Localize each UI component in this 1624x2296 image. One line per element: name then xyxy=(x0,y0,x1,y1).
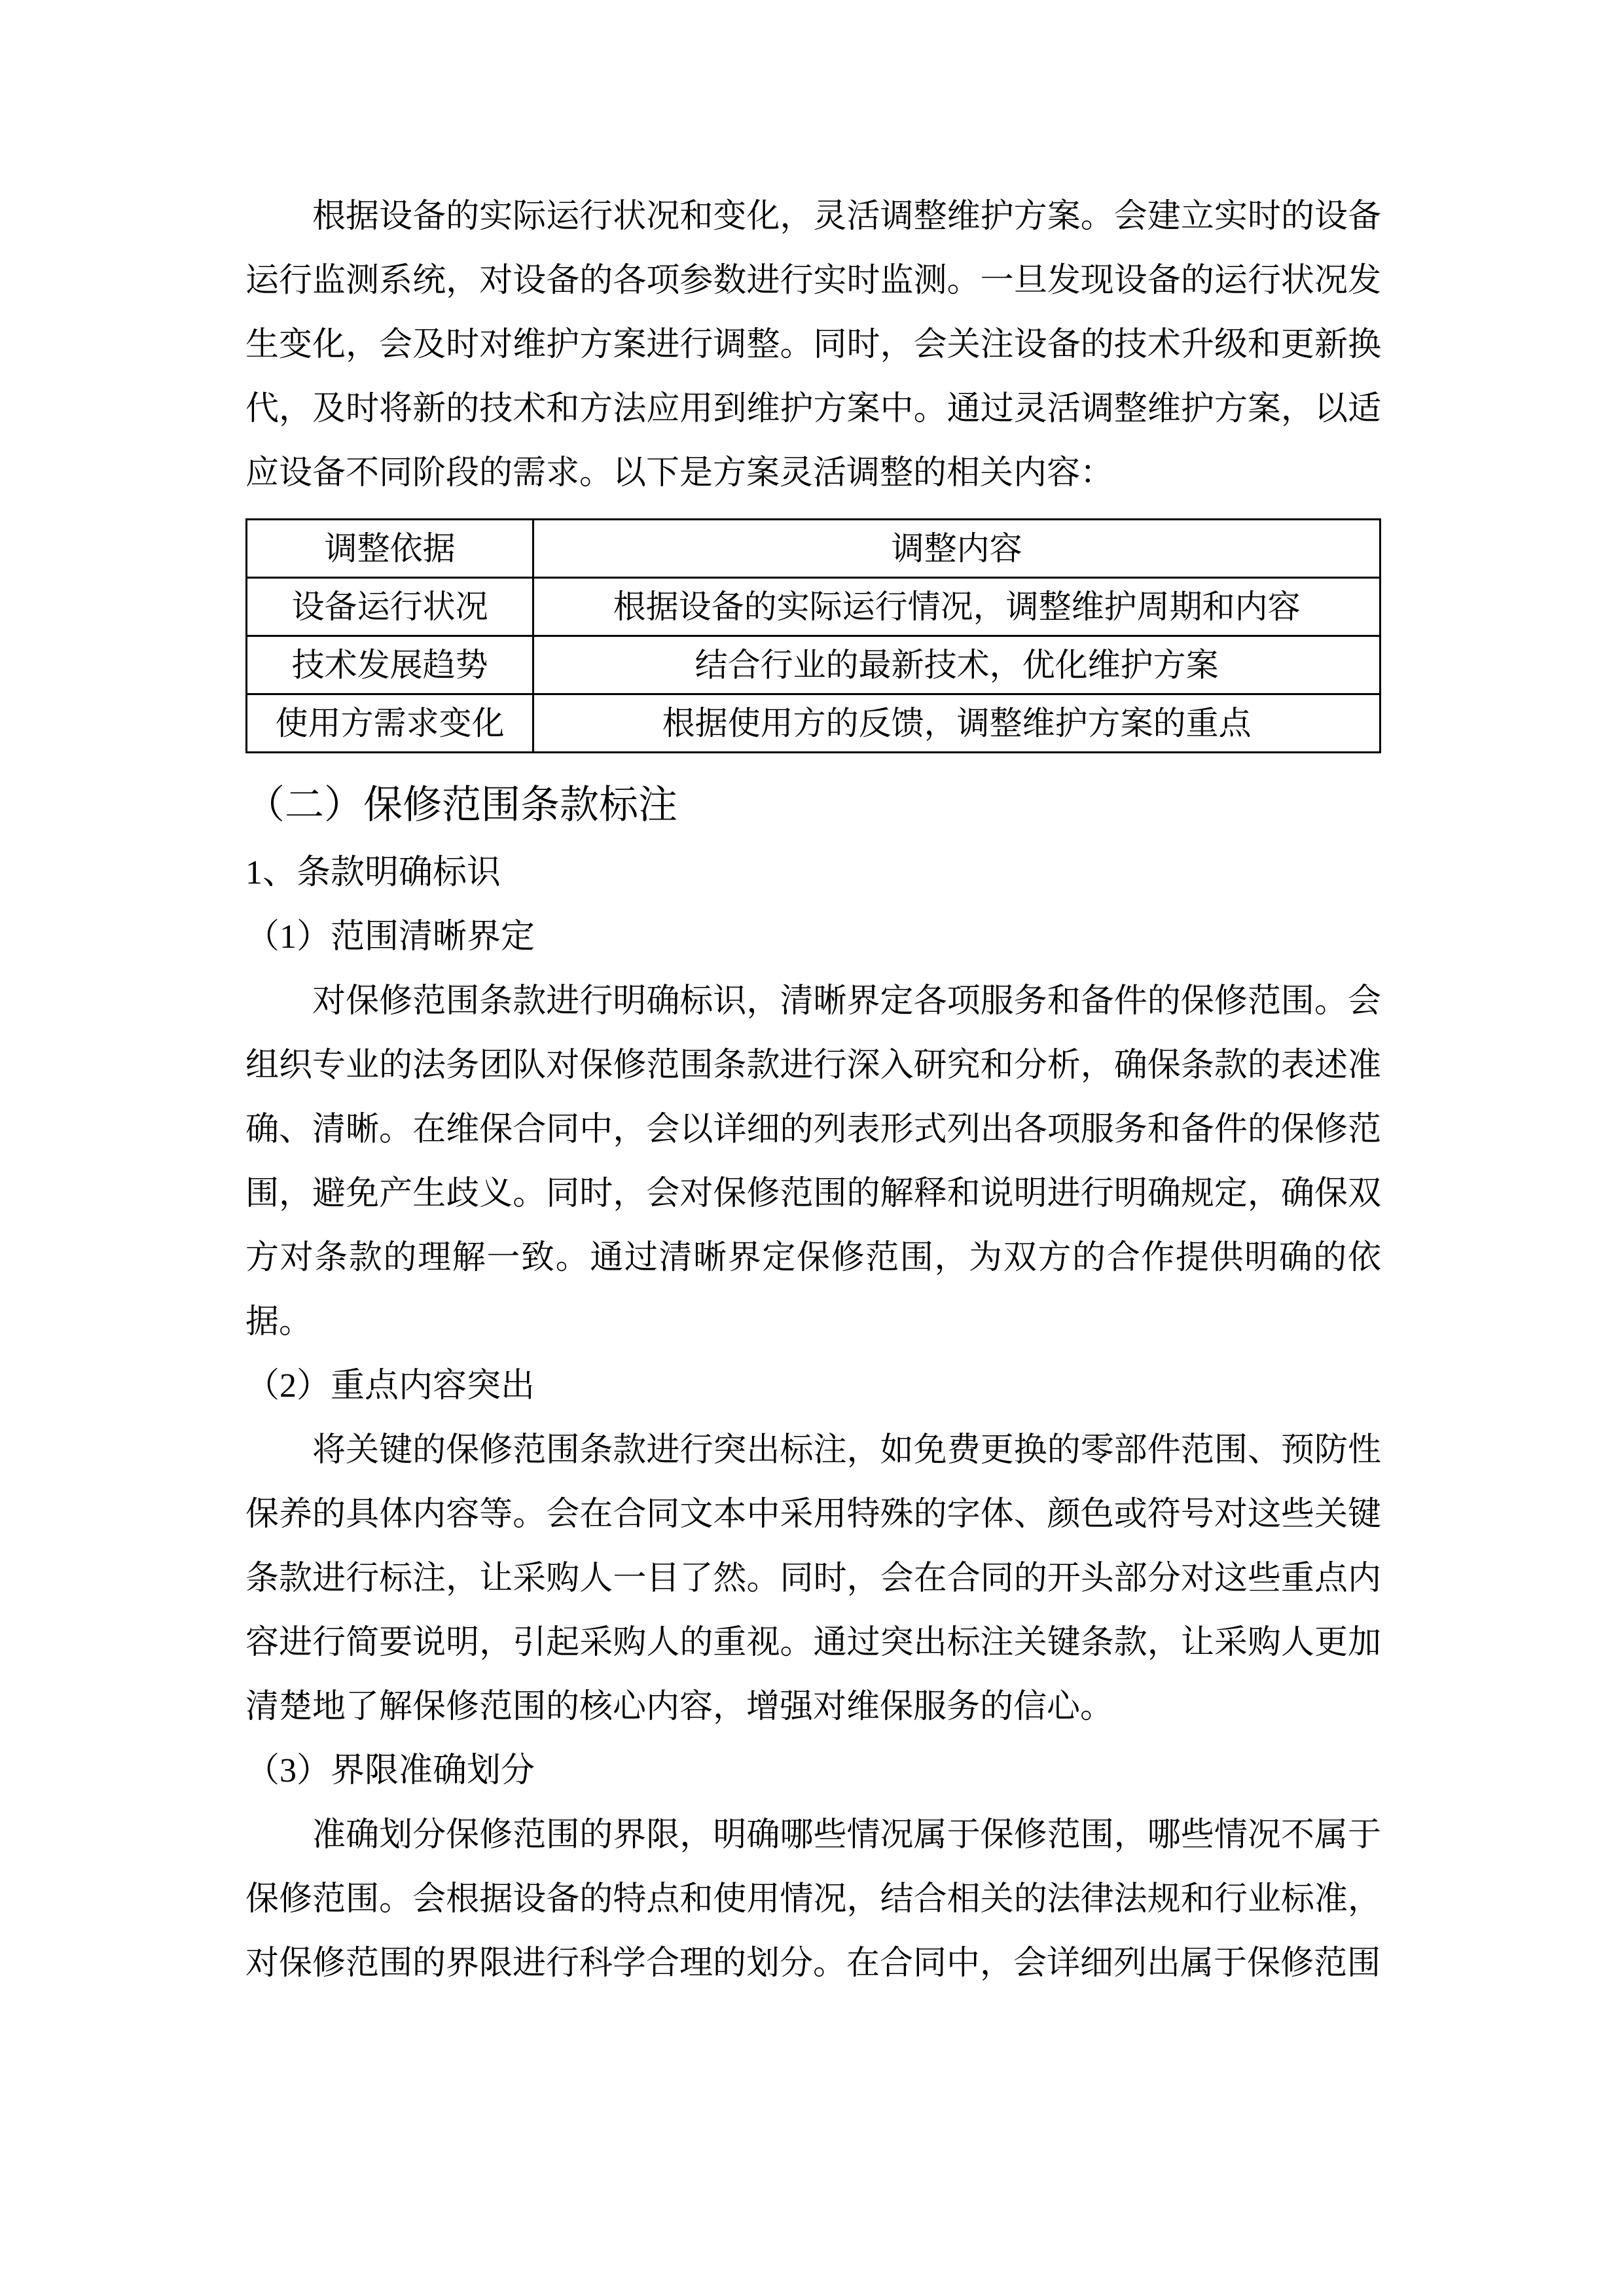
table-cell-content: 根据使用方的反馈，调整维护方案的重点 xyxy=(533,694,1380,753)
adjustment-table: 调整依据 调整内容 设备运行状况 根据设备的实际运行情况，调整维护周期和内容 技… xyxy=(245,518,1381,753)
subsection-heading-clause-identification: 1、条款明确标识 xyxy=(245,841,1381,905)
table-header-basis: 调整依据 xyxy=(247,520,533,578)
table-header-row: 调整依据 调整内容 xyxy=(247,520,1380,578)
table-cell-content: 结合行业的最新技术，优化维护方案 xyxy=(533,636,1380,694)
item-heading-scope-definition: （1）范围清晰界定 xyxy=(245,905,1381,969)
section-heading-warranty-scope: （二）保修范围条款标注 xyxy=(245,769,1381,841)
item-heading-key-content: （2）重点内容突出 xyxy=(245,1354,1381,1418)
intro-paragraph: 根据设备的实际运行状况和变化，灵活调整维护方案。会建立实时的设备运行监测系统，对… xyxy=(245,185,1381,505)
paragraph-key-content: 将关键的保修范围条款进行突出标注，如免费更换的零部件范围、预防性保养的具体内容等… xyxy=(245,1418,1381,1739)
table-cell-content: 根据设备的实际运行情况，调整维护周期和内容 xyxy=(533,578,1380,636)
item-heading-boundary-division: （3）界限准确划分 xyxy=(245,1739,1381,1803)
table-cell-basis: 使用方需求变化 xyxy=(247,694,533,753)
table-row: 技术发展趋势 结合行业的最新技术，优化维护方案 xyxy=(247,636,1380,694)
table-header-content: 调整内容 xyxy=(533,520,1380,578)
adjustment-table-body: 调整依据 调整内容 设备运行状况 根据设备的实际运行情况，调整维护周期和内容 技… xyxy=(247,520,1380,753)
paragraph-boundary-division: 准确划分保修范围的界限，明确哪些情况属于保修范围，哪些情况不属于保修范围。会根据… xyxy=(245,1803,1381,1996)
table-row: 使用方需求变化 根据使用方的反馈，调整维护方案的重点 xyxy=(247,694,1380,753)
document-page: 根据设备的实际运行状况和变化，灵活调整维护方案。会建立实时的设备运行监测系统，对… xyxy=(0,0,1624,2296)
table-cell-basis: 设备运行状况 xyxy=(247,578,533,636)
table-cell-basis: 技术发展趋势 xyxy=(247,636,533,694)
paragraph-scope-definition: 对保修范围条款进行明确标识，清晰界定各项服务和备件的保修范围。会组织专业的法务团… xyxy=(245,969,1381,1354)
table-row: 设备运行状况 根据设备的实际运行情况，调整维护周期和内容 xyxy=(247,578,1380,636)
